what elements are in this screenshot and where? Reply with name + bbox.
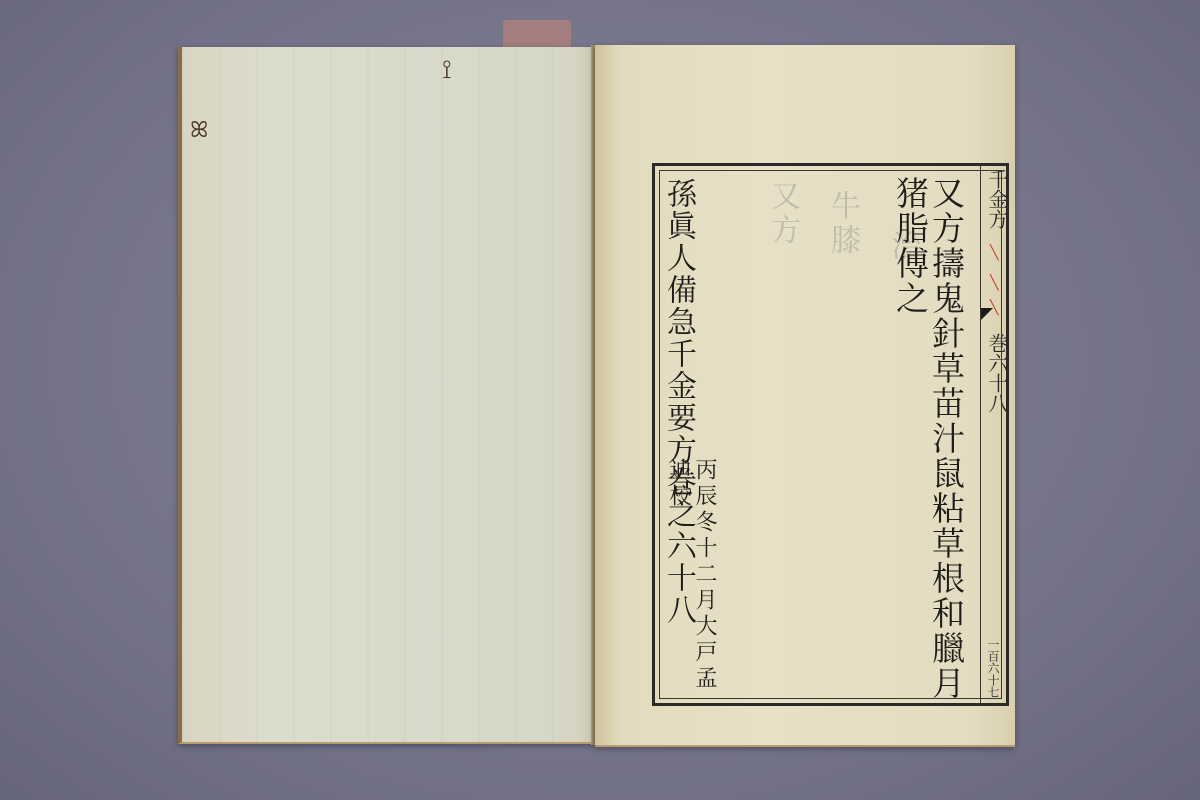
wormhole-mark: ⟟	[442, 55, 452, 86]
main-text-column: 又方擣鬼針草苗汁鼠粘草根和臘月猪脂傅之	[892, 176, 964, 703]
left-page-endpaper	[178, 47, 597, 744]
red-annotation-mark: ╲	[990, 275, 998, 291]
wormhole-mark: ꕤ	[190, 118, 208, 143]
paper-grain	[182, 47, 597, 742]
hashira-volume: 巻六十八	[983, 333, 1012, 413]
red-annotation-mark: ╲	[990, 245, 998, 261]
red-annotation-mark: ╲	[990, 300, 998, 316]
printed-text-frame: 孫眞人備急千金要方巻之六十八 丙辰冬十二月大戸孟迪校 又方擣鬼針草苗汁鼠粘草根和…	[652, 163, 1009, 706]
hashira-book-title: 千金方	[983, 169, 1012, 229]
hashira-folio-number: 一百六十七	[985, 638, 1002, 698]
colophon-line: 丙辰冬十二月大戸孟迪校	[665, 458, 717, 703]
